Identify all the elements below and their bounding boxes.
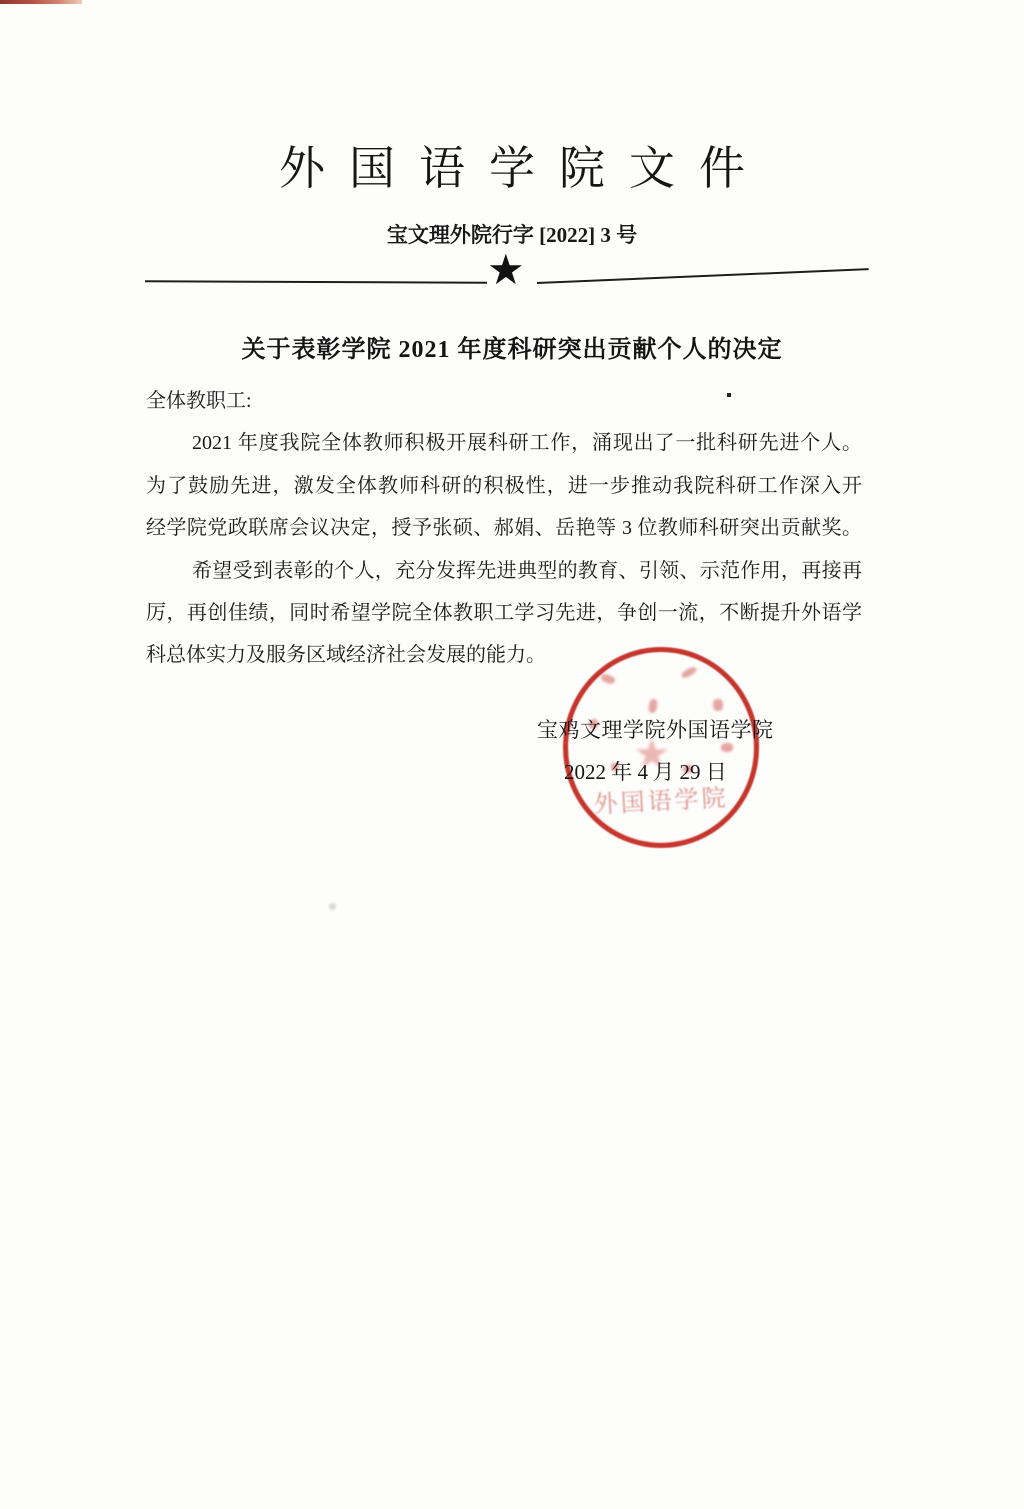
body-line: 经学院党政联席会议决定，授予张硕、郝娟、岳艳等 3 位教师科研突出贡献奖。 [146,507,862,549]
star-icon: ★ [487,250,525,292]
document-number: 宝文理外院行字 [2022] 3 号 [0,219,1024,249]
document-body: 全体教职工: 2021 年度我院全体教师积极开展科研工作，涌现出了一批科研先进个… [146,380,862,677]
signature-date: 2022 年 4 月 29 日 [564,756,727,786]
body-line: 为了鼓励先进，激发全体教师科研的积极性，进一步推动我院科研工作深入开展， [146,465,862,507]
scan-speck-faint [329,903,336,910]
document-heading: 关于表彰学院 2021 年度科研突出贡献个人的决定 [0,329,1024,364]
signature-org-name: 宝鸡文理学院外国语学院 [537,714,774,744]
body-line: 科总体实力及服务区域经济社会发展的能力。 [146,634,862,676]
divider-line-right [537,268,869,284]
official-seal: ★ 外国语学院 [563,647,759,848]
divider-line-left [145,280,487,283]
body-line: 2021 年度我院全体教师积极开展科研工作，涌现出了一批科研先进个人。 [146,422,862,464]
document-page: 外国语学院文件 宝文理外院行字 [2022] 3 号 ★ 关于表彰学院 2021… [0,0,1024,1509]
document-header-title: 外国语学院文件 [0,146,1024,192]
seal-speck [721,743,733,752]
salutation: 全体教职工: [146,380,862,422]
seal-speck [713,699,723,711]
body-line: 希望受到表彰的个人，充分发挥先进典型的教育、引领、示范作用，再接再 [146,550,862,592]
scan-artifact-red-strip [0,0,82,4]
body-line: 厉，再创佳绩，同时希望学院全体教职工学习先进，争创一流，不断提升外语学 [146,592,862,634]
